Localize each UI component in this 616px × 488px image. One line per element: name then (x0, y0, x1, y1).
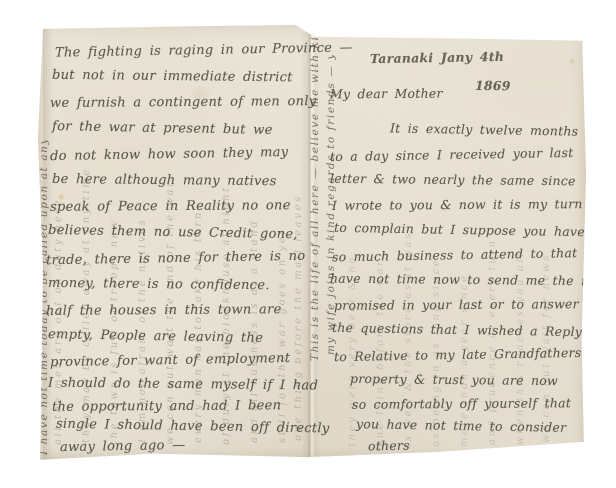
handwriting-line: property & trust you are now (350, 373, 558, 388)
handwriting-line: the questions that I wished a Reply (332, 322, 582, 339)
handwriting-line: to complain but I suppose you have (334, 222, 585, 239)
handwriting-line: you have not time to consider (356, 418, 566, 434)
stain-spot (58, 193, 65, 201)
letter-right-page: Taranaki Jany 4th 1869 My dear Mother It… (38, 25, 586, 461)
handwriting-line: have not time now to send me the news (330, 273, 615, 288)
stain-spot (188, 85, 214, 105)
letter-paper-sheet: all the men are out on duty here they ma… (38, 25, 586, 461)
letter-dateline: Taranaki Jany 4th (370, 51, 504, 66)
handwriting-line: I wrote to you & now it is my turn (332, 198, 583, 212)
handwriting-line: promised in your last or to answer (334, 298, 579, 312)
letter-year: 1869 (475, 80, 511, 93)
handwriting-line: so comfortably off yourself that (352, 397, 571, 411)
handwriting-line: It is exactly twelve months (390, 122, 579, 138)
stain-spot (561, 445, 572, 454)
handwriting-line: to a day since I received your last (330, 147, 574, 164)
handwriting-line: to Relative to my late Grandfathers (334, 347, 582, 364)
handwriting-line: so much business to attend to that you (332, 247, 608, 264)
stain-spot (568, 58, 576, 65)
letter-photograph: all the men are out on duty here they ma… (0, 0, 616, 488)
handwriting-line: others (368, 440, 410, 453)
letter-salutation: My dear Mother (330, 88, 443, 101)
handwriting-line: letter & two nearly the same since (330, 173, 576, 188)
